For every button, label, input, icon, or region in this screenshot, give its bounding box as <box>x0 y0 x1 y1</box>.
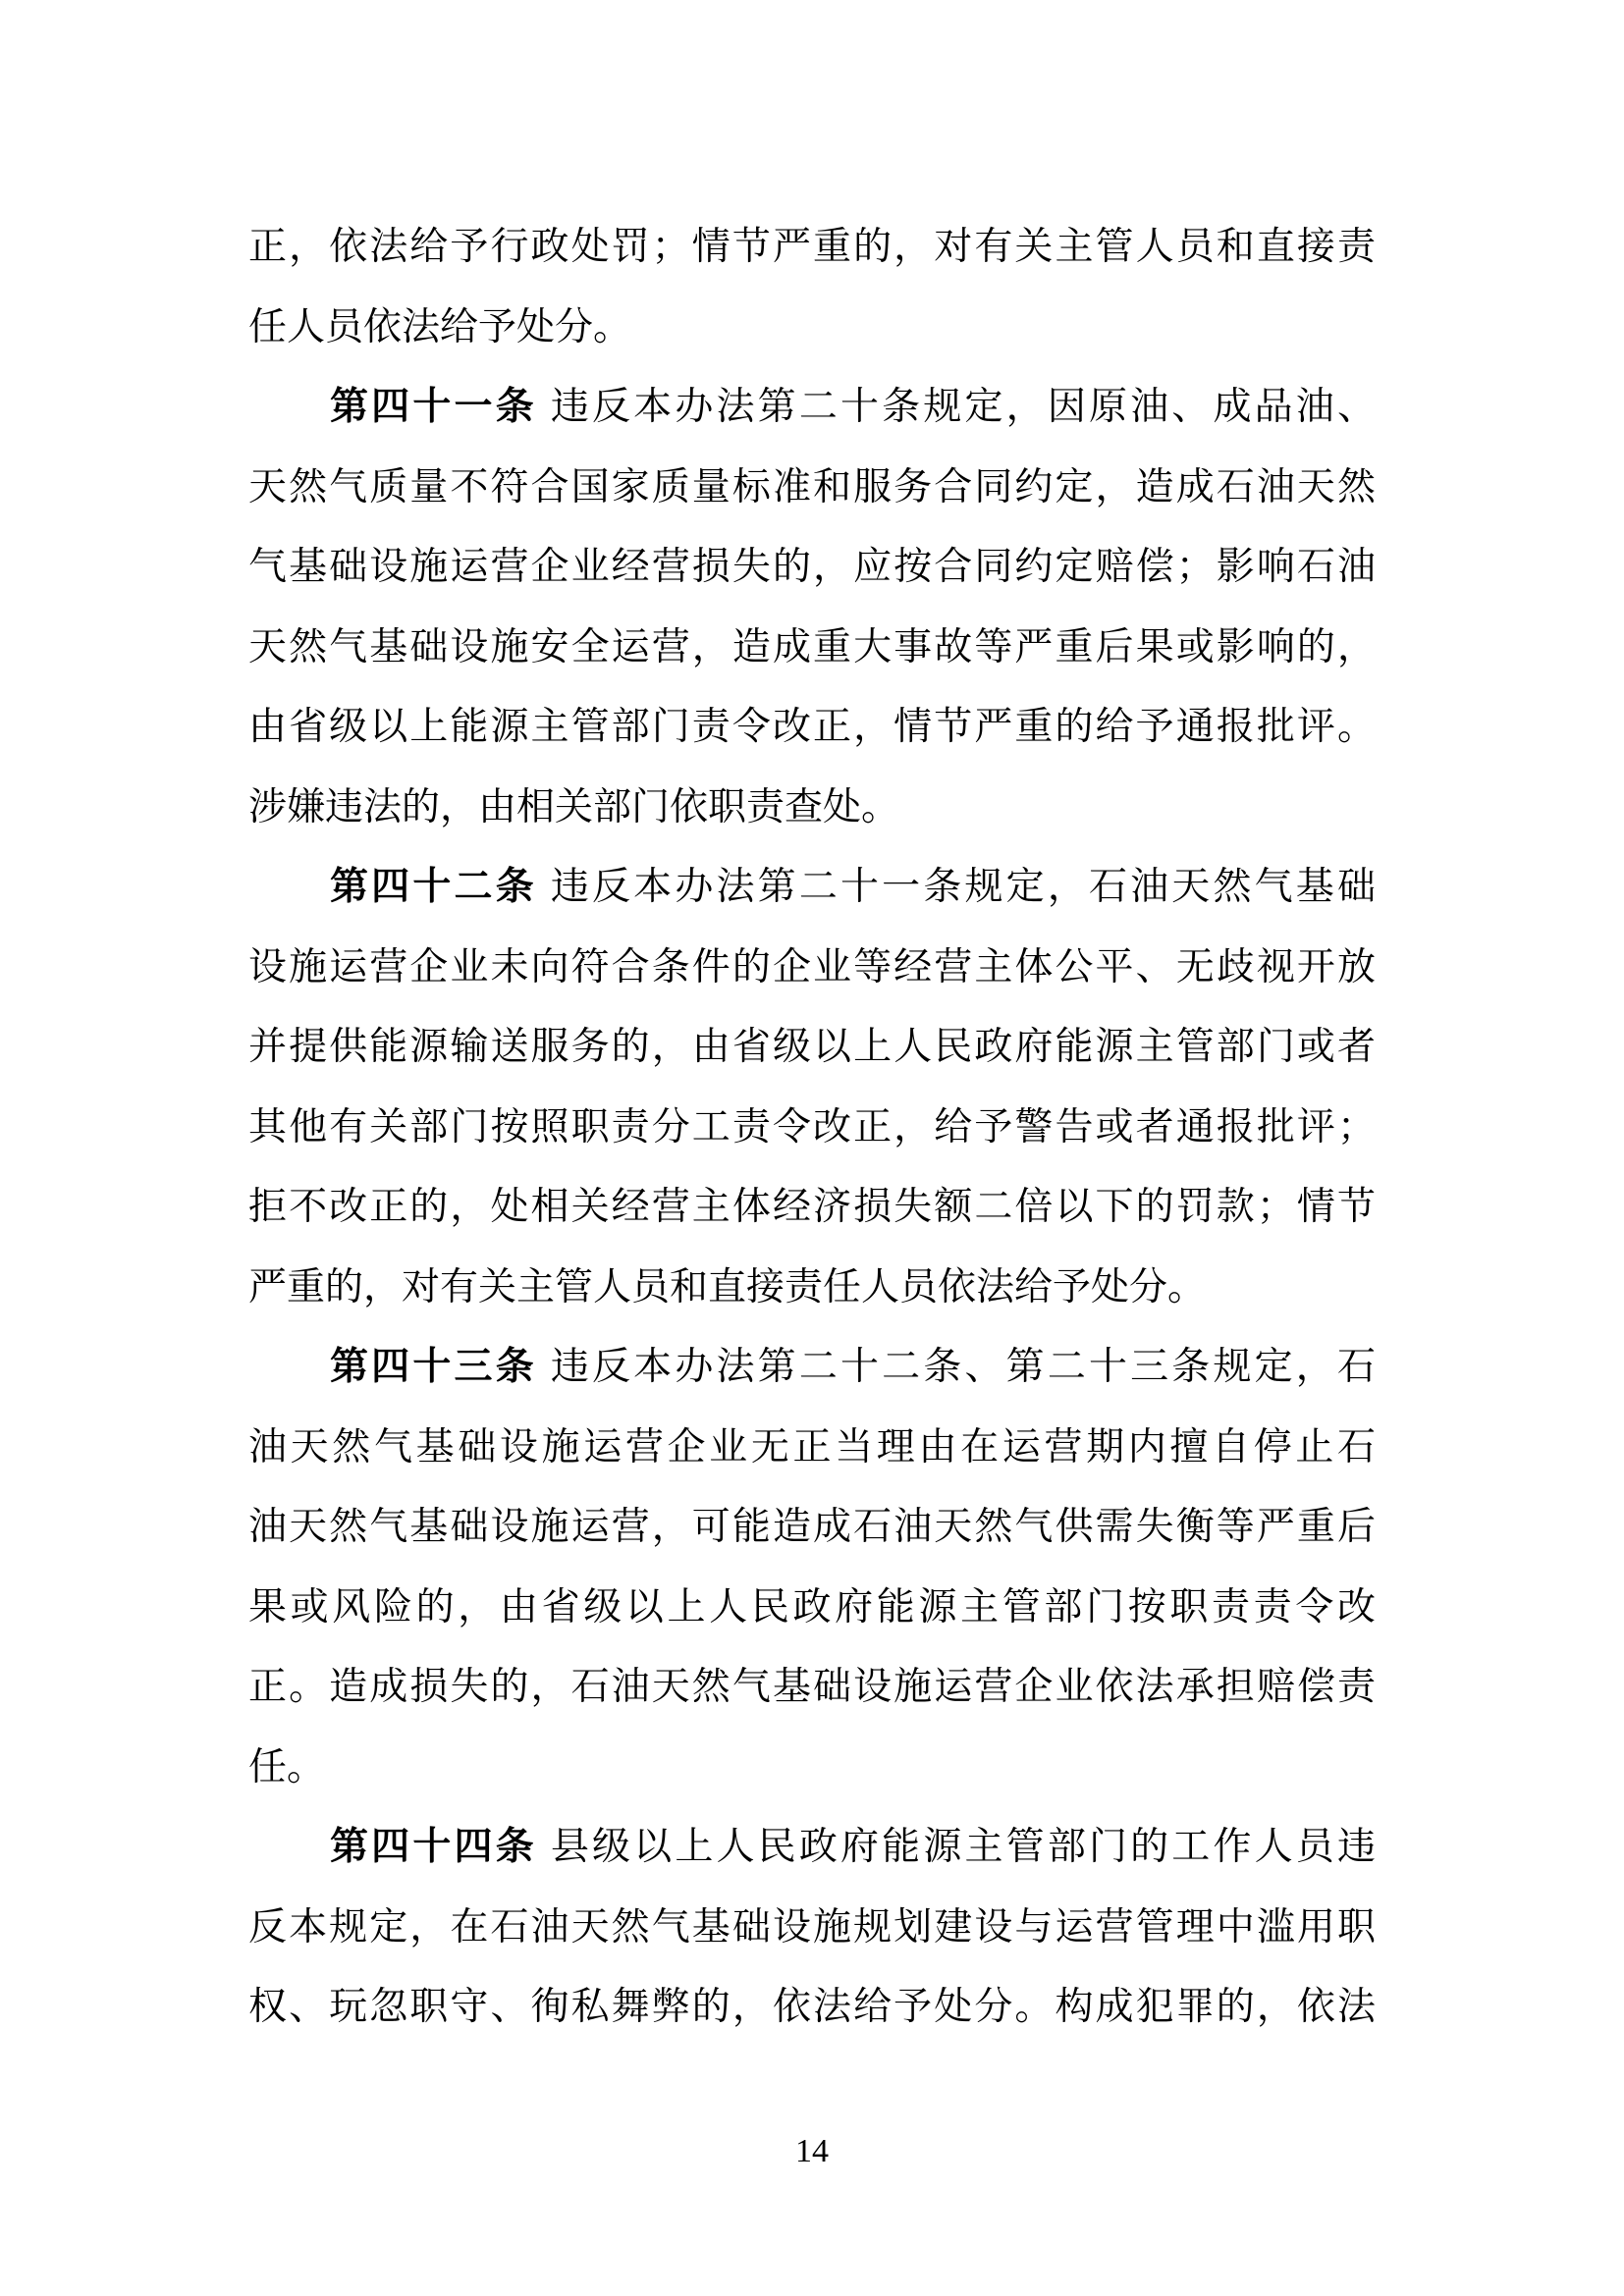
article-41-first-line: 第四十一条违反本办法第二十条规定，因原油、成品油、 <box>248 367 1376 448</box>
document-page: 正，依法给予行政处罚；情节严重的，对有关主管人员和直接责 任人员依法给予处分。 … <box>0 0 1624 2296</box>
article-number: 第四十二条 <box>330 865 537 909</box>
paragraph-line: 气基础设施运营企业经营损失的，应按合同约定赔偿；影响石油 <box>248 527 1376 608</box>
paragraph-line: 由省级以上能源主管部门责令改正，情节严重的给予通报批评。 <box>248 687 1376 768</box>
paragraph-line: 严重的，对有关主管人员和直接责任人员依法给予处分。 <box>248 1248 1376 1328</box>
article-42-first-line: 第四十二条违反本办法第二十一条规定，石油天然气基础 <box>248 847 1376 928</box>
article-text: 违反本办法第二十一条规定，石油天然气基础 <box>551 865 1376 909</box>
paragraph-line: 果或风险的，由省级以上人民政府能源主管部门按职责责令改 <box>248 1568 1376 1648</box>
paragraph-line: 天然气质量不符合国家质量标准和服务合同约定，造成石油天然 <box>248 448 1376 528</box>
article-43-first-line: 第四十三条违反本办法第二十二条、第二十三条规定，石 <box>248 1327 1376 1408</box>
paragraph-line: 任人员依法给予处分。 <box>248 288 1376 368</box>
paragraph-line: 正，依法给予行政处罚；情节严重的，对有关主管人员和直接责 <box>248 207 1376 288</box>
article-text: 违反本办法第二十二条、第二十三条规定，石 <box>551 1345 1376 1389</box>
page-number: 14 <box>0 2132 1624 2171</box>
article-text: 县级以上人民政府能源主管部门的工作人员违 <box>551 1825 1376 1869</box>
paragraph-line: 油天然气基础设施运营企业无正当理由在运营期内擅自停止石 <box>248 1408 1376 1488</box>
body-text: 正，依法给予行政处罚；情节严重的，对有关主管人员和直接责 任人员依法给予处分。 … <box>248 207 1376 2048</box>
paragraph-line: 任。 <box>248 1728 1376 1808</box>
paragraph-line: 油天然气基础设施运营，可能造成石油天然气供需失衡等严重后 <box>248 1487 1376 1568</box>
article-number: 第四十三条 <box>330 1345 537 1389</box>
paragraph-line: 天然气基础设施安全运营，造成重大事故等严重后果或影响的， <box>248 608 1376 688</box>
paragraph-line: 权、玩忽职守、徇私舞弊的，依法给予处分。构成犯罪的，依法 <box>248 1967 1376 2048</box>
paragraph-line: 并提供能源输送服务的，由省级以上人民政府能源主管部门或者 <box>248 1007 1376 1088</box>
article-number: 第四十一条 <box>330 385 537 429</box>
paragraph-line: 其他有关部门按照职责分工责令改正，给予警告或者通报批评； <box>248 1088 1376 1168</box>
article-number: 第四十四条 <box>330 1825 537 1869</box>
paragraph-line: 设施运营企业未向符合条件的企业等经营主体公平、无歧视开放 <box>248 928 1376 1008</box>
paragraph-line: 正。造成损失的，石油天然气基础设施运营企业依法承担赔偿责 <box>248 1647 1376 1728</box>
paragraph-line: 拒不改正的，处相关经营主体经济损失额二倍以下的罚款；情节 <box>248 1167 1376 1248</box>
paragraph-line: 反本规定，在石油天然气基础设施规划建设与运营管理中滥用职 <box>248 1888 1376 1968</box>
article-44-first-line: 第四十四条县级以上人民政府能源主管部门的工作人员违 <box>248 1807 1376 1888</box>
paragraph-line: 涉嫌违法的，由相关部门依职责查处。 <box>248 768 1376 848</box>
article-text: 违反本办法第二十条规定，因原油、成品油、 <box>551 385 1376 429</box>
